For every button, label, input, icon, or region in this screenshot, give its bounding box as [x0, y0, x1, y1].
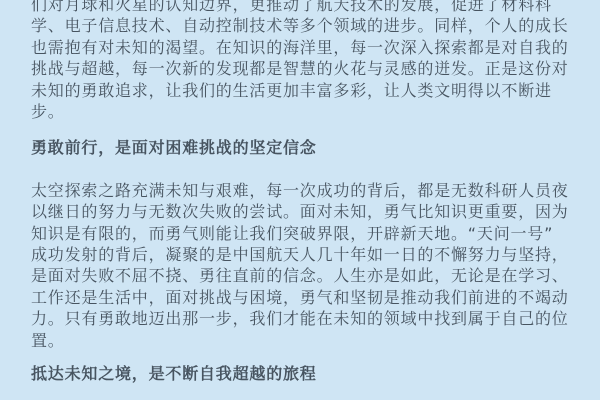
paragraph-2: 太空探索之路充满未知与艰难，每一次成功的背后，都是无数科研人员夜 以继日的努力与…: [31, 180, 572, 351]
paragraph-line: 挑战与超越，每一次新的发现都是智慧的火花与灵感的迸发。正是这份对: [31, 58, 572, 79]
paragraph-line: 工作还是生活中，面对挑战与困境，勇气和坚韧是推动我们前进的不竭动: [31, 287, 572, 308]
paragraph-line: 以继日的努力与无数次失败的尝试。面对未知，勇气比知识更重要，因为: [31, 201, 572, 222]
paragraph-line: 们对月球和火星的认知边界，更推动了航天技术的发展，促进了材料科: [31, 0, 572, 15]
article-page: 们对月球和火星的认知边界，更推动了航天技术的发展，促进了材料科 学、电子信息技术…: [0, 0, 600, 400]
paragraph-line: 未知的勇敢追求，让我们的生活更加丰富多彩，让人类文明得以不断进: [31, 80, 572, 101]
section-heading-unknown: 抵达未知之境，是不断自我超越的旅程: [31, 363, 572, 384]
paragraph-1: 们对月球和火星的认知边界，更推动了航天技术的发展，促进了材料科 学、电子信息技术…: [31, 0, 572, 122]
paragraph-line: 置。: [31, 330, 572, 351]
paragraph-line: 知识是有限的，而勇气则能让我们突破界限，开辟新天地。“天问一号”: [31, 223, 572, 244]
paragraph-line: 成功发射的背后，凝聚的是中国航天人几十年如一日的不懈努力与坚持，: [31, 244, 572, 265]
section-heading-courage: 勇敢前行，是面对困难挑战的坚定信念: [31, 137, 572, 158]
paragraph-line: 也需抱有对未知的渴望。在知识的海洋里，每一次深入探索都是对自我的: [31, 37, 572, 58]
paragraph-line: 学、电子信息技术、自动控制技术等多个领域的进步。同样，个人的成长: [31, 15, 572, 36]
paragraph-line: 太空探索之路充满未知与艰难，每一次成功的背后，都是无数科研人员夜: [31, 180, 572, 201]
paragraph-line: 是面对失败不屈不挠、勇往直前的信念。人生亦是如此，无论是在学习、: [31, 265, 572, 286]
paragraph-line: 力。只有勇敢地迈出那一步，我们才能在未知的领域中找到属于自己的位: [31, 308, 572, 329]
paragraph-line: 步。: [31, 101, 572, 122]
